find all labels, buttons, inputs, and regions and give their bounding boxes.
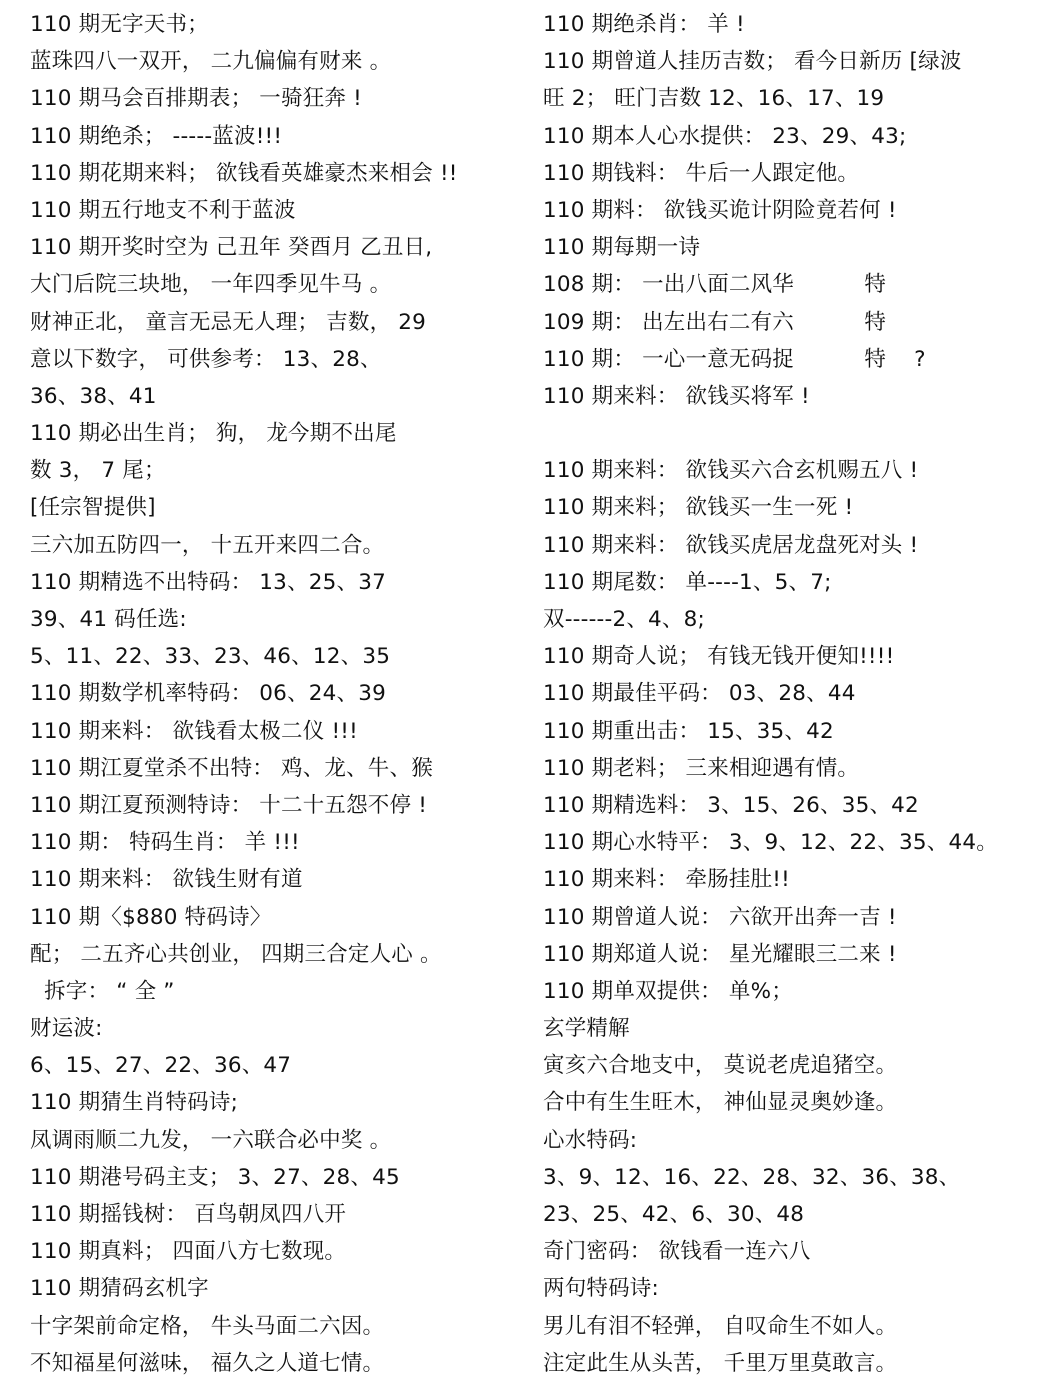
text-line: 心水特码: bbox=[543, 1122, 1041, 1159]
text-line: 110 期尾数： 单----1、5、7; bbox=[543, 564, 1041, 601]
text-line: 旺 2； 旺门吉数 12、16、17、19 bbox=[543, 80, 1041, 117]
text-line: 财神正北， 童言无忌无人理； 吉数， 29 bbox=[30, 304, 530, 341]
document-page: 110 期无字天书； 蓝珠四八一双开， 二九偏偏有财来 。 110 期马会百排期… bbox=[0, 0, 1041, 1388]
text-line: 玄学精解 bbox=[543, 1010, 1041, 1047]
text-line: 不知福星何滋味， 福久之人道七情。 bbox=[30, 1345, 530, 1382]
text-line: 110 期每期一诗 bbox=[543, 229, 1041, 266]
text-line: 财运波: bbox=[30, 1010, 530, 1047]
text-line: 110 期来料： 欲钱买将军 ! bbox=[543, 378, 1041, 415]
text-line: 凤调雨顺二九发， 一六联合必中奖 。 bbox=[30, 1122, 530, 1159]
text-line: 110 期无字天书； bbox=[30, 6, 530, 43]
text-line: 110 期曾道人说： 六欲开出奔一吉 ! bbox=[543, 899, 1041, 936]
text-line: 110 期郑道人说： 星光耀眼三二来 ! bbox=[543, 936, 1041, 973]
text-line: 110 期绝杀； -----蓝波!!! bbox=[30, 118, 530, 155]
text-line: 110 期江夏堂杀不出特： 鸡、龙、牛、猴 bbox=[30, 750, 530, 787]
text-line: 拆字： “ 全 ” bbox=[30, 973, 530, 1010]
text-line: 注定此生从头苦， 千里万里莫敢言。 bbox=[543, 1345, 1041, 1382]
text-line: 110 期数学机率特码： 06、24、39 bbox=[30, 675, 530, 712]
text-line: 配； 二五齐心共创业， 四期三合定人心 。 bbox=[30, 936, 530, 973]
text-line: 110 期绝杀肖： 羊 ! bbox=[543, 6, 1041, 43]
right-column: 110 期绝杀肖： 羊 ! 110 期曾道人挂历吉数； 看今日新历 [绿波 旺 … bbox=[543, 6, 1041, 1382]
text-line: 110 期真料； 四面八方七数现。 bbox=[30, 1233, 530, 1270]
text-line: 110 期摇钱树： 百鸟朝凤四八开 bbox=[30, 1196, 530, 1233]
text-line: 110 期单双提供： 单%； bbox=[543, 973, 1041, 1010]
text-line: 110 期猜生肖特码诗; bbox=[30, 1084, 530, 1121]
text-line: 男儿有泪不轻弹， 自叹命生不如人。 bbox=[543, 1308, 1041, 1345]
text-line: 意以下数字， 可供参考： 13、28、 bbox=[30, 341, 530, 378]
text-line: 110 期老料； 三来相迎遇有情。 bbox=[543, 750, 1041, 787]
text-line: 110 期江夏预测特诗： 十二十五怨不停 ! bbox=[30, 787, 530, 824]
text-line: 蓝珠四八一双开， 二九偏偏有财来 。 bbox=[30, 43, 530, 80]
text-line: 110 期来料； 欲钱买一生一死 ! bbox=[543, 489, 1041, 526]
text-line: 110 期曾道人挂历吉数； 看今日新历 [绿波 bbox=[543, 43, 1041, 80]
text-line: 110 期五行地支不利于蓝波 bbox=[30, 192, 530, 229]
text-line: 108 期： 一出八面二风华 特 bbox=[543, 266, 1041, 303]
text-line: 奇门密码： 欲钱看一连六八 bbox=[543, 1233, 1041, 1270]
text-line: 110 期： 一心一意无码捉 特 ? bbox=[543, 341, 1041, 378]
text-line: 110 期必出生肖； 狗， 龙今期不出尾 bbox=[30, 415, 530, 452]
text-line: 110 期猜码玄机字 bbox=[30, 1270, 530, 1307]
text-line: 110 期料： 欲钱买诡计阴险竟若何 ! bbox=[543, 192, 1041, 229]
text-line: 110 期钱料： 牛后一人跟定他。 bbox=[543, 155, 1041, 192]
text-line: 110 期心水特平： 3、9、12、22、35、44。 bbox=[543, 824, 1041, 861]
text-line: 6、15、27、22、36、47 bbox=[30, 1047, 530, 1084]
blank-line bbox=[543, 415, 1041, 452]
text-line: 110 期来料： 欲钱看太极二仪 !!! bbox=[30, 713, 530, 750]
text-line: 两句特码诗: bbox=[543, 1270, 1041, 1307]
text-line: 数 3， 7 尾； bbox=[30, 452, 530, 489]
text-line: 110 期奇人说； 有钱无钱开便知!!!! bbox=[543, 638, 1041, 675]
text-line: 23、25、42、6、30、48 bbox=[543, 1196, 1041, 1233]
text-line: 110 期港号码主支； 3、27、28、45 bbox=[30, 1159, 530, 1196]
text-line: 寅亥六合地支中， 莫说老虎追猪空。 bbox=[543, 1047, 1041, 1084]
text-line: 110 期来料： 欲钱买虎居龙盘死对头 ! bbox=[543, 527, 1041, 564]
text-line: 110 期来料： 欲钱买六合玄机赐五八 ! bbox=[543, 452, 1041, 489]
text-line: 110 期重出击： 15、35、42 bbox=[543, 713, 1041, 750]
text-line: 110 期马会百排期表； 一骑狂奔 ! bbox=[30, 80, 530, 117]
text-line: 110 期来料： 欲钱生财有道 bbox=[30, 861, 530, 898]
text-line: 110 期最佳平码： 03、28、44 bbox=[543, 675, 1041, 712]
text-line: 39、41 码任选: bbox=[30, 601, 530, 638]
text-line: 110 期开奖时空为 己丑年 癸酉月 乙丑日, bbox=[30, 229, 530, 266]
text-line: 110 期： 特码生肖： 羊 !!! bbox=[30, 824, 530, 861]
left-column: 110 期无字天书； 蓝珠四八一双开， 二九偏偏有财来 。 110 期马会百排期… bbox=[30, 6, 530, 1382]
text-line: 110 期花期来料； 欲钱看英雄豪杰来相会 !! bbox=[30, 155, 530, 192]
text-line: 110 期〈$880 特码诗〉 bbox=[30, 899, 530, 936]
text-line: 大门后院三块地， 一年四季见牛马 。 bbox=[30, 266, 530, 303]
text-line: 110 期本人心水提供： 23、29、43; bbox=[543, 118, 1041, 155]
text-line: 5、11、22、33、23、46、12、35 bbox=[30, 638, 530, 675]
text-line: 三六加五防四一， 十五开来四二合。 bbox=[30, 527, 530, 564]
text-line: [任宗智提供] bbox=[30, 489, 530, 526]
text-line: 110 期精选料： 3、15、26、35、42 bbox=[543, 787, 1041, 824]
text-line: 3、9、12、16、22、28、32、36、38、 bbox=[543, 1159, 1041, 1196]
text-line: 双------2、4、8; bbox=[543, 601, 1041, 638]
text-line: 110 期精选不出特码： 13、25、37 bbox=[30, 564, 530, 601]
text-line: 36、38、41 bbox=[30, 378, 530, 415]
text-line: 十字架前命定格， 牛头马面二六因。 bbox=[30, 1308, 530, 1345]
text-line: 109 期： 出左出右二有六 特 bbox=[543, 304, 1041, 341]
text-line: 110 期来料： 牵肠挂肚!! bbox=[543, 861, 1041, 898]
text-line: 合中有生生旺木， 神仙显灵奥妙逢。 bbox=[543, 1084, 1041, 1121]
